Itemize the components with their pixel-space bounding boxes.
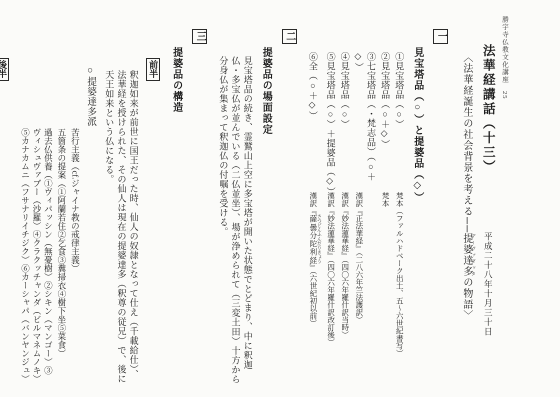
section-1-heading: 見宝塔品（○）と提婆品（◇） <box>410 47 424 391</box>
course-header: 勝宇寺仏教文化講座 25 <box>499 16 508 391</box>
section-3-first-half-body: 釈迦如来が前世に国王だった時、仙人の奴隷となって仕え（千載給仕）、法華経を授けら… <box>103 70 139 388</box>
devadatta-group-lines: 苦行主義（cf.ジャイナ教の戒律主義） 五箇条の提案（①阿蘭若住②乞食③糞掃衣④… <box>19 128 80 380</box>
item-6-ruby: 薩曇分陀利経さつどんふんだりきょう <box>309 215 318 264</box>
first-half-label: 前半 <box>143 58 165 391</box>
section-1-items: ①見宝塔品（○）梵本（ファルハドベーク出土、五〜六世紀書写） ②見宝塔品（○＋◇… <box>307 52 405 391</box>
item-6-note-pre: 漢訳『 <box>309 192 318 215</box>
section-1-number: 一 <box>430 29 452 391</box>
subtitle-post: の物語〉 <box>461 277 472 321</box>
title-column: 法華経講話（十三） 平成二十八年十月三十日 <box>479 44 496 391</box>
section-2-body: 見宝塔品の続き、霊鷲山上空に多宝塔が開いた状態でとどまり、中に釈迦仏・多宝仏が並… <box>217 56 253 386</box>
section-1-number-box: 一 <box>433 29 448 44</box>
devadatta-group-title: ○提婆達多派 <box>83 66 96 391</box>
item-2-label: ②見宝塔品（○＋◇） <box>379 52 391 192</box>
section-3-number: 三 <box>189 29 211 391</box>
item-4-label: ④見宝塔品（○） <box>339 52 351 192</box>
vertical-text-body: 勝宇寺仏教文化講座 25 法華経講話（十三） 平成二十八年十月三十日 〈法華経誕… <box>28 16 508 391</box>
item-5-label: ⑤見宝塔品（○）＋提婆品（◇） <box>324 52 336 192</box>
first-half-box: 前半 <box>146 58 160 81</box>
date-text: 平成二十八年十月三十日 <box>483 232 493 337</box>
subtitle: 〈法華経誕生の社会背景を考える──提婆達多デーヴァダッタの物語〉 <box>459 52 476 391</box>
item-6-label: ⑥全（○＋◇） <box>307 52 319 192</box>
section-3-number-box: 三 <box>192 29 207 44</box>
list-item: ④見宝塔品（○）漢訳『妙法蓮華経』（四〇六年羅什訳当時） <box>339 52 351 391</box>
item-3-note: 漢訳『正法華経』（二八六年竺法護訳） <box>355 192 364 323</box>
section-3-heading: 提婆品の構造 <box>169 47 183 391</box>
group-line: 五箇条の提案（①阿蘭若住②乞食③糞掃衣④樹下坐⑤菜食） <box>55 128 66 380</box>
item-2-note: 梵本 <box>381 192 390 207</box>
item-1-label: ①見宝塔品（○） <box>393 52 405 192</box>
second-half-box: 後半 <box>0 58 9 81</box>
subtitle-furigana: デーヴァダッタ <box>471 233 476 277</box>
document-page: 勝宇寺仏教文化講座 25 法華経講話（十三） 平成二十八年十月三十日 〈法華経誕… <box>0 0 560 397</box>
list-item: ③七宝塔品（・梵志品）（○＋◇）漢訳『正法華経』（二八六年竺法護訳） <box>353 52 377 391</box>
item-6-note: 漢訳『薩曇分陀利経さつどんふんだりきょう』（六世紀初以前） <box>309 192 318 327</box>
list-item: ⑥全（○＋◇）漢訳『薩曇分陀利経さつどんふんだりきょう』（六世紀初以前） <box>307 52 323 391</box>
item-6-note-post: 』（六世紀初以前） <box>309 263 318 327</box>
subtitle-pre: 〈法華経誕生の社会背景を考える── <box>461 52 472 233</box>
subtitle-ruby: 提婆達多デーヴァダッタ <box>461 233 472 277</box>
section-2-heading: 提婆品の場面設定 <box>259 47 273 391</box>
item-6-furigana: さつどんふんだりきょう <box>317 214 322 264</box>
group-line: 苦行主義（cf.ジャイナ教の戒律主義） <box>69 128 80 380</box>
item-5-note: 漢訳『妙法蓮華経』（四〇六年羅什訳改訂後） <box>327 192 336 346</box>
group-line: 過去仏供養（①ヴィパッシン（無憂樹）②シキン（マンゴー）③ヴィシュヴァブー（沙羅… <box>19 128 53 380</box>
item-4-note: 漢訳『妙法蓮華経』（四〇六年羅什訳当時） <box>341 192 350 338</box>
list-item: ⑤見宝塔品（○）＋提婆品（◇）漢訳『妙法蓮華経』（四〇六年羅什訳改訂後） <box>324 52 336 391</box>
section-2-number: 二 <box>278 29 300 391</box>
second-half-label: 後半 <box>0 58 13 391</box>
list-item: ②見宝塔品（○＋◇）梵本 <box>379 52 391 391</box>
page-title: 法華経講話（十三） <box>481 44 495 175</box>
section-2-number-box: 二 <box>282 29 297 44</box>
item-3-label: ③七宝塔品（・梵志品）（○＋◇） <box>353 52 377 192</box>
item-1-note: 梵本（ファルハドベーク出土、五〜六世紀書写） <box>395 192 404 357</box>
list-item: ①見宝塔品（○）梵本（ファルハドベーク出土、五〜六世紀書写） <box>393 52 405 391</box>
